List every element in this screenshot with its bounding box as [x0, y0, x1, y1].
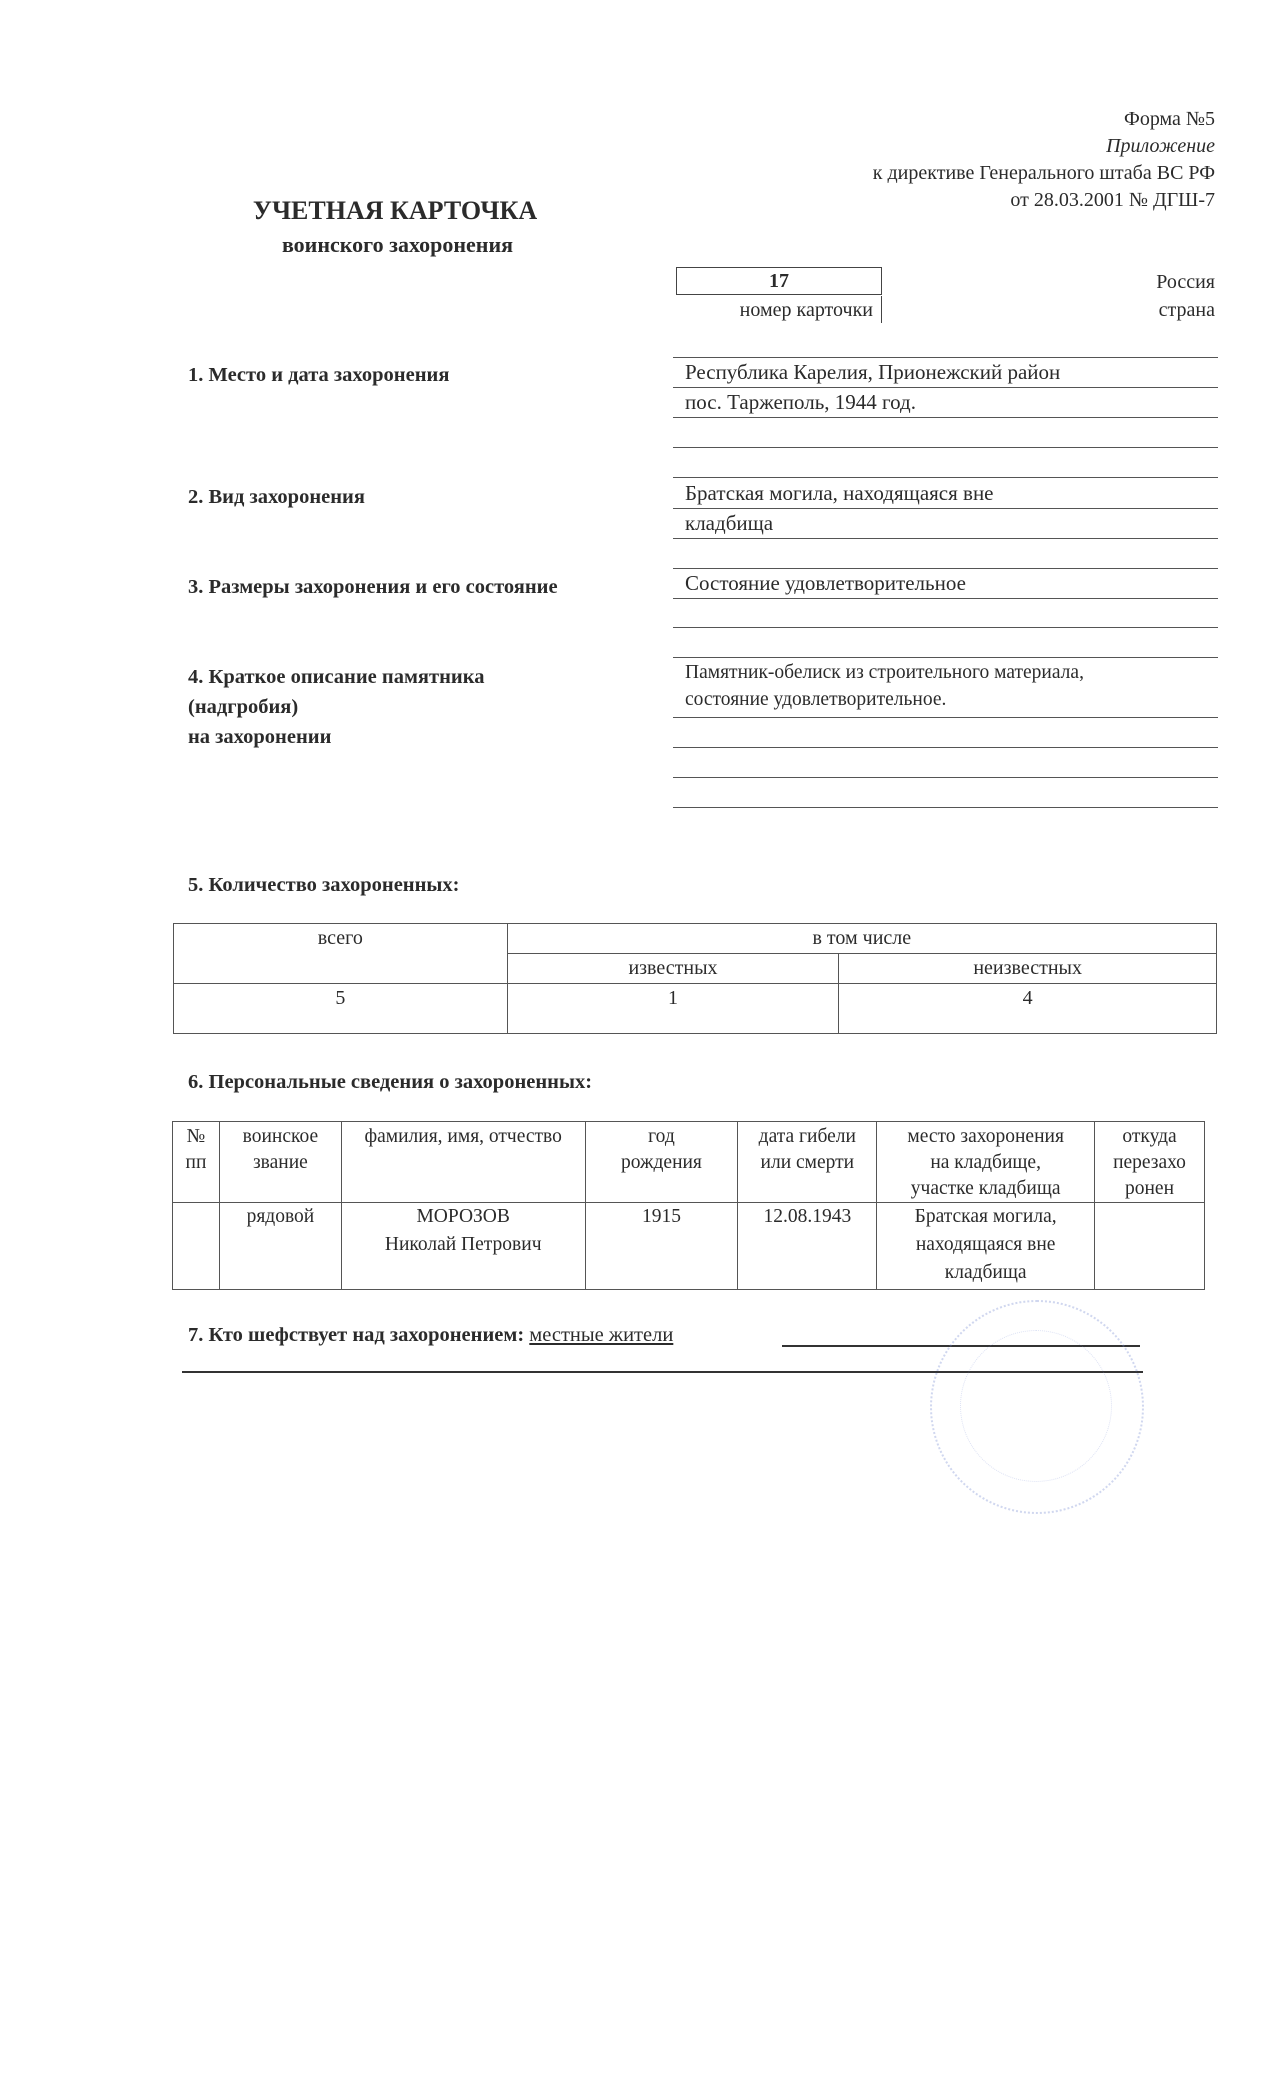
col-full-name: фамилия, имя, отчество: [341, 1122, 585, 1203]
directive-date: от 28.03.2001 № ДГШ-7: [1010, 187, 1215, 214]
section-2-label: 2. Вид захоронения: [188, 482, 365, 512]
burial-type-line1: Братская могила, находящаяся вне: [685, 479, 994, 507]
cell-birth-year: 1915: [585, 1203, 738, 1290]
caretaker-value: местные жители: [529, 1324, 673, 1346]
cell-reburied-from: [1095, 1203, 1205, 1290]
ruled-line: [673, 538, 1218, 539]
card-number-label: номер карточки: [676, 296, 882, 323]
section-3-label: 3. Размеры захоронения и его состояние: [188, 572, 558, 602]
cell-burial-place: Братская могила,находящаяся внекладбища: [877, 1203, 1095, 1290]
country-value: Россия: [1156, 268, 1215, 296]
ruled-line: [673, 417, 1218, 418]
ruled-line: [673, 627, 1218, 628]
directive-text: к директиве Генерального штаба ВС РФ: [873, 160, 1215, 187]
appendix-label: Приложение: [1106, 133, 1215, 160]
form-number: Форма №5: [1124, 106, 1215, 133]
count-total: 5: [174, 984, 508, 1034]
section-7-label: 7. Кто шефствует над захоронением:: [188, 1324, 524, 1346]
section-4-label-line2: (надгробия): [188, 692, 298, 722]
ruled-line: [673, 657, 1218, 658]
col-reburied-from: откудаперезахоронен: [1095, 1122, 1205, 1203]
ruled-line: [673, 807, 1218, 808]
burial-type-line2: кладбища: [685, 509, 773, 537]
ruled-line: [673, 777, 1218, 778]
section-6-label: 6. Персональные сведения о захороненных:: [188, 1067, 592, 1097]
ruled-line: [673, 747, 1218, 748]
personal-info-table: №пп воинскоезвание фамилия, имя, отчеств…: [172, 1121, 1205, 1290]
section-5-label: 5. Количество захороненных:: [188, 870, 460, 900]
cell-rank: рядовой: [219, 1203, 341, 1290]
count-known: 1: [507, 984, 839, 1034]
burial-place-line2: пос. Таржеполь, 1944 год.: [685, 388, 916, 416]
card-number-field: 17: [676, 267, 882, 295]
header-total: всего: [174, 924, 508, 984]
burial-condition: Состояние удовлетворительное: [685, 569, 966, 597]
document-title: УЧЕТНАЯ КАРТОЧКА: [0, 196, 790, 226]
col-rank: воинскоезвание: [219, 1122, 341, 1203]
section-1-label: 1. Место и дата захоронения: [188, 360, 449, 390]
cell-death-date: 12.08.1943: [738, 1203, 877, 1290]
burial-count-table: всего в том числе известных неизвестных …: [173, 923, 1217, 1034]
ruled-line: [673, 447, 1218, 448]
header-unknown: неизвестных: [839, 954, 1217, 984]
ruled-line: [673, 717, 1218, 718]
country-label: страна: [1159, 296, 1215, 324]
col-burial-place: место захороненияна кладбище,участке кла…: [877, 1122, 1095, 1203]
section-4-label-line1: 4. Краткое описание памятника: [188, 662, 484, 692]
count-unknown: 4: [839, 984, 1217, 1034]
col-death-date: дата гибелиили смерти: [738, 1122, 877, 1203]
section-4-label-line3: на захоронении: [188, 722, 331, 752]
col-number: №пп: [173, 1122, 220, 1203]
ruled-line: [673, 477, 1218, 478]
cell-full-name: МОРОЗОВНиколай Петрович: [341, 1203, 585, 1290]
cell-number: [173, 1203, 220, 1290]
stamp-seal-inner: [960, 1330, 1112, 1482]
header-known: известных: [507, 954, 839, 984]
ruled-line: [673, 598, 1218, 599]
monument-description-line1: Памятник-обелиск из строительного матери…: [685, 659, 1084, 687]
header-including: в том числе: [507, 924, 1216, 954]
table-row: рядовой МОРОЗОВНиколай Петрович 1915 12.…: [173, 1203, 1205, 1290]
burial-place-line1: Республика Карелия, Прионежский район: [685, 358, 1060, 386]
section-7: 7. Кто шефствует над захоронением: местн…: [188, 1324, 673, 1347]
document-subtitle: воинского захоронения: [0, 232, 795, 258]
col-birth-year: годрождения: [585, 1122, 738, 1203]
monument-description-line2: состояние удовлетворительное.: [685, 686, 946, 714]
